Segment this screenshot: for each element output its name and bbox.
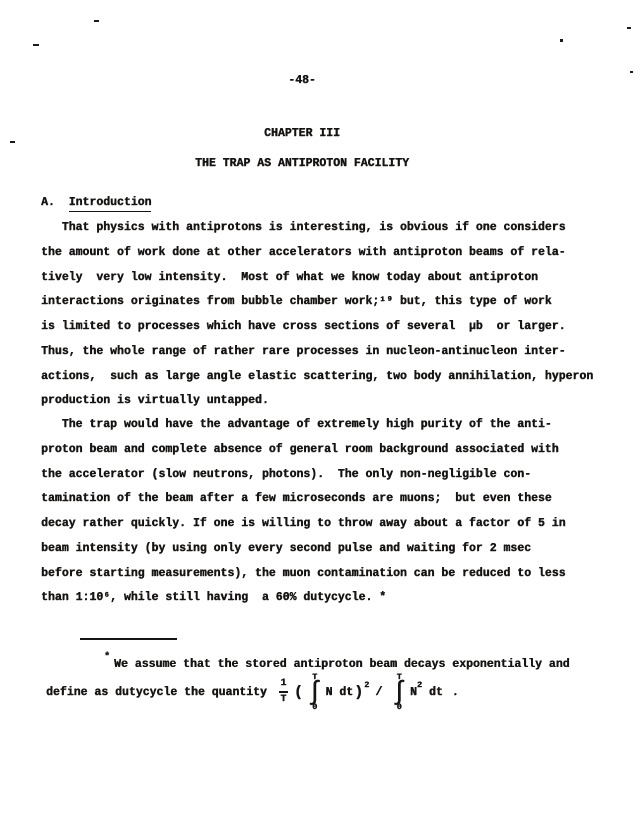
close-paren: )	[354, 684, 363, 701]
integral-symbol: T ∫ 0	[391, 673, 407, 712]
fraction-denominator: T	[280, 695, 286, 705]
text-line: production is virtually untapped.	[41, 389, 593, 414]
integrand: N dt	[325, 686, 353, 699]
text-line: tamination of the beam after a few micro…	[41, 487, 566, 512]
integral-symbol: T ∫ 0	[307, 673, 323, 712]
integral-glyph: ∫	[391, 681, 407, 703]
fraction-bar	[279, 691, 288, 693]
text-line: than 1:10⁶, while still having a 60% dut…	[41, 586, 566, 611]
text-line: before starting measurements), the muon …	[41, 562, 566, 587]
integrand: dt	[422, 686, 443, 699]
scan-speck	[560, 39, 563, 42]
document-page: -48- CHAPTER III THE TRAP AS ANTIPROTON …	[0, 0, 640, 826]
paragraph-trap-advantage: The trap would have the advantage of ext…	[41, 413, 566, 611]
text-line: the accelerator (slow neutrons, photons)…	[41, 463, 566, 488]
integrand: N	[410, 686, 417, 699]
footnote-formula-line: define as dutycycle the quantity 1 T ( T…	[46, 664, 459, 720]
text-line: The trap would have the advantage of ext…	[41, 413, 566, 438]
scan-speck	[627, 27, 631, 29]
fraction-one-over-T: 1 T	[279, 679, 288, 705]
chapter-heading: CHAPTER III	[0, 127, 604, 140]
open-paren: (	[294, 684, 303, 701]
scan-speck	[94, 20, 99, 22]
text-line: interactions originates from bubble cham…	[41, 290, 593, 315]
formula-period: .	[452, 686, 459, 699]
page-number: -48-	[0, 74, 604, 87]
text-line: That physics with antiprotons is interes…	[41, 216, 593, 241]
spacer	[55, 196, 69, 209]
footnote-marker: *	[104, 652, 110, 663]
scan-speck	[33, 44, 39, 46]
divide-sign: /	[375, 685, 382, 699]
fraction-numerator: 1	[280, 679, 286, 689]
text-line: tively very low intensity. Most of what …	[41, 266, 593, 291]
text-line: actions, such as large angle elastic sca…	[41, 365, 593, 390]
section-heading: A. Introduction	[41, 196, 151, 209]
scan-speck	[630, 71, 633, 73]
exponent: 2	[364, 680, 369, 690]
text-line: Thus, the whole range of rather rare pro…	[41, 340, 593, 365]
text-line: beam intensity (by using only every seco…	[41, 537, 566, 562]
chapter-title: THE TRAP AS ANTIPROTON FACILITY	[0, 157, 604, 170]
paragraph-introduction: That physics with antiprotons is interes…	[41, 216, 593, 414]
text-line: is limited to processes which have cross…	[41, 315, 593, 340]
exponent: 2	[417, 680, 422, 690]
integral-lower-limit: 0	[397, 703, 402, 712]
text-line: decay rather quickly. If one is willing …	[41, 512, 566, 537]
scan-speck	[10, 141, 15, 143]
footnote-text: define as dutycycle the quantity	[46, 686, 267, 699]
integral-lower-limit: 0	[312, 703, 317, 712]
text-line: the amount of work done at other acceler…	[41, 241, 593, 266]
footnote-rule	[80, 638, 177, 640]
section-title: Introduction	[69, 196, 152, 212]
integral-glyph: ∫	[307, 681, 323, 703]
text-line: proton beam and complete absence of gene…	[41, 438, 566, 463]
section-label: A.	[41, 196, 55, 209]
